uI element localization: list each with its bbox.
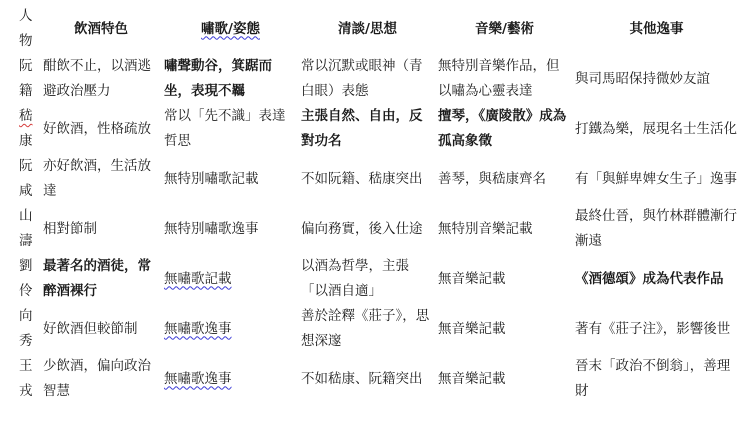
cell-whistle: 嘯聲動谷，箕踞而坐，表現不羈 (162, 54, 299, 104)
name-char: 阮 (19, 154, 38, 179)
header-music: 音樂/藝術 (436, 4, 573, 54)
name-char: 籍 (19, 79, 38, 104)
cell-drinking: 酣飲不止，以酒逃避政治壓力 (40, 54, 162, 104)
cell-whistle: 無嘯歌逸事 (162, 304, 299, 354)
cell-thought: 主張自然、自由，反對功名 (299, 104, 436, 154)
name-char: 向 (19, 304, 38, 329)
cell-name: 嵇 康 (0, 104, 40, 154)
table-row: 阮 籍 酣飲不止，以酒逃避政治壓力 嘯聲動谷，箕踞而坐，表現不羈 常以沉默或眼神… (0, 54, 740, 104)
cell-thought: 善於詮釋《莊子》，思想深邃 (299, 304, 436, 354)
cell-drinking: 最著名的酒徒，常醉酒裸行 (40, 254, 162, 304)
cell-thought: 常以沉默或眼神（青白眼）表態 (299, 54, 436, 104)
table-row: 向 秀 好飲酒但較節制 無嘯歌逸事 善於詮釋《莊子》，思想深邃 無音樂記載 著有… (0, 304, 740, 354)
header-name: 人 物 (0, 4, 40, 54)
cell-thought: 不如嵇康、阮籍突出 (299, 354, 436, 404)
cell-music: 無特別音樂記載 (436, 204, 573, 254)
name-char: 王 (19, 354, 38, 379)
header-whistle: 嘯歌/姿態 (162, 4, 299, 54)
header-drinking: 飲酒特色 (40, 4, 162, 54)
cell-whistle: 無特別嘯歌記載 (162, 154, 299, 204)
name-char: 山 (19, 204, 38, 229)
cell-music: 無特別音樂作品，但以嘯為心靈表達 (436, 54, 573, 104)
cell-whistle-text: 無嘯歌逸事 (164, 371, 232, 387)
cell-other: 與司馬昭保持微妙友誼 (573, 54, 740, 104)
cell-other: 《酒德頌》成為代表作品 (573, 254, 740, 304)
cell-name: 阮 籍 (0, 54, 40, 104)
header-whistle-label: 嘯歌/姿態 (201, 21, 260, 37)
header-name-char-1: 人 (19, 4, 38, 29)
cell-name: 王 戎 (0, 354, 40, 404)
name-char: 嵇 (19, 104, 38, 129)
cell-other: 晉末「政治不倒翁」，善理財 (573, 354, 740, 404)
table-row: 嵇 康 好飲酒，性格疏放 常以「先不識」表達哲思 主張自然、自由，反對功名 擅琴… (0, 104, 740, 154)
cell-name: 劉 伶 (0, 254, 40, 304)
cell-other: 打鐵為樂，展現名士生活化 (573, 104, 740, 154)
cell-name: 阮 咸 (0, 154, 40, 204)
cell-other: 有「與鮮卑婢女生子」逸事 (573, 154, 740, 204)
name-char: 劉 (19, 254, 38, 279)
name-char: 咸 (19, 179, 38, 204)
name-char: 康 (19, 129, 38, 154)
cell-music: 擅琴，《廣陵散》成為孤高象徵 (436, 104, 573, 154)
name-char: 濤 (19, 229, 38, 254)
cell-drinking: 好飲酒，性格疏放 (40, 104, 162, 154)
name-char: 秀 (19, 329, 38, 354)
name-char: 伶 (19, 279, 38, 304)
cell-whistle: 無嘯歌逸事 (162, 354, 299, 404)
cell-whistle: 無特別嘯歌逸事 (162, 204, 299, 254)
table-row: 山 濤 相對節制 無特別嘯歌逸事 偏向務實，後入仕途 無特別音樂記載 最終仕晉，… (0, 204, 740, 254)
table-row: 劉 伶 最著名的酒徒，常醉酒裸行 無嘯歌記載 以酒為哲學，主張「以酒自適」 無音… (0, 254, 740, 304)
cell-name: 向 秀 (0, 304, 40, 354)
cell-name: 山 濤 (0, 204, 40, 254)
cell-drinking: 亦好飲酒，生活放達 (40, 154, 162, 204)
cell-thought: 以酒為哲學，主張「以酒自適」 (299, 254, 436, 304)
cell-drinking: 相對節制 (40, 204, 162, 254)
cell-other: 最終仕晉，與竹林群體漸行漸遠 (573, 204, 740, 254)
cell-other: 著有《莊子注》，影響後世 (573, 304, 740, 354)
cell-music: 無音樂記載 (436, 254, 573, 304)
name-char: 阮 (19, 54, 38, 79)
header-other: 其他逸事 (573, 4, 740, 54)
header-thought: 清談/思想 (299, 4, 436, 54)
cell-drinking: 少飲酒，偏向政治智慧 (40, 354, 162, 404)
cell-whistle-text: 無嘯歌記載 (164, 271, 232, 287)
cell-thought: 偏向務實，後入仕途 (299, 204, 436, 254)
name-char: 戎 (19, 379, 38, 404)
table-row: 王 戎 少飲酒，偏向政治智慧 無嘯歌逸事 不如嵇康、阮籍突出 無音樂記載 晉末「… (0, 354, 740, 404)
cell-drinking: 好飲酒但較節制 (40, 304, 162, 354)
cell-music: 善琴，與嵇康齊名 (436, 154, 573, 204)
cell-whistle-text: 無嘯歌逸事 (164, 321, 232, 337)
cell-whistle: 常以「先不識」表達哲思 (162, 104, 299, 154)
cell-music: 無音樂記載 (436, 304, 573, 354)
table-row: 阮 咸 亦好飲酒，生活放達 無特別嘯歌記載 不如阮籍、嵇康突出 善琴，與嵇康齊名… (0, 154, 740, 204)
cell-whistle: 無嘯歌記載 (162, 254, 299, 304)
seven-sages-table: 人 物 飲酒特色 嘯歌/姿態 清談/思想 音樂/藝術 其他逸事 阮 籍 酣飲不止… (0, 4, 740, 404)
cell-thought: 不如阮籍、嵇康突出 (299, 154, 436, 204)
header-row: 人 物 飲酒特色 嘯歌/姿態 清談/思想 音樂/藝術 其他逸事 (0, 4, 740, 54)
cell-music: 無音樂記載 (436, 354, 573, 404)
header-name-char-2: 物 (19, 29, 38, 54)
